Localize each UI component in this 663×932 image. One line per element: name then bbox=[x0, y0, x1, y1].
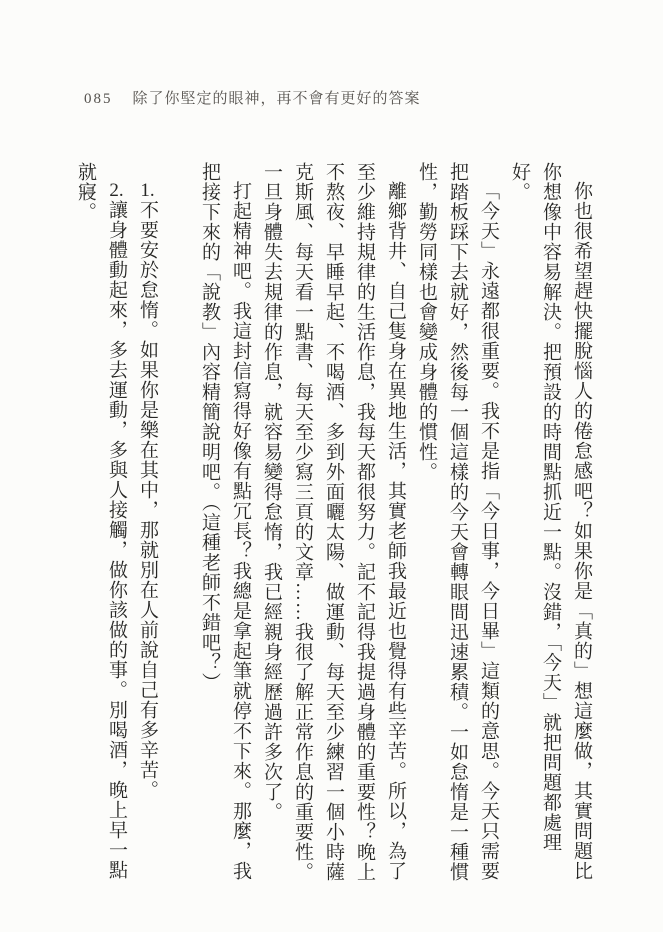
list-item-2: 2.讓身體動起來，多去運動，多與人接觸，做你該做的事。別喝酒，晚上早一點就寢。 bbox=[70, 162, 132, 886]
paragraph-1: 你也很希望趕快擺脫惱人的倦怠感吧？如果你是「真的」想這麼做，其實問題比你想像中容… bbox=[504, 162, 597, 886]
list-item-1-text: 不要安於怠惰。如果你是樂在其中，那就別在人前說自己有多辛苦。 bbox=[137, 200, 158, 800]
paragraph-3: 離鄉背井、自己隻身在異地生活，其實老師我最近也覺得有些辛苦。所以，為了至少維持規… bbox=[256, 162, 411, 886]
list-item-1-number: 1. bbox=[137, 181, 158, 200]
paragraph-4: 打起精神吧。我這封信寫得好像有點冗長？我總是拿起筆就停不下來。那麼，我把接下來的… bbox=[194, 162, 256, 886]
paragraph-2: 「今天」永遠都很重要。我不是指「今日事，今日畢」這類的意思。今天只需要把踏板踩下… bbox=[411, 162, 504, 886]
running-title: 除了你堅定的眼神，再不會有更好的答案 bbox=[133, 91, 421, 107]
book-page: 085除了你堅定的眼神，再不會有更好的答案 你也很希望趕快擺脫惱人的倦怠感吧？如… bbox=[0, 0, 663, 932]
list-item-2-text: 讓身體動起來，多去運動，多與人接觸，做你該做的事。別喝酒，晚上早一點就寢。 bbox=[75, 162, 127, 880]
numbered-list: 1.不要安於怠惰。如果你是樂在其中，那就別在人前說自己有多辛苦。 2.讓身體動起… bbox=[70, 162, 163, 886]
list-item-1: 1.不要安於怠惰。如果你是樂在其中，那就別在人前說自己有多辛苦。 bbox=[132, 162, 163, 886]
body-text: 你也很希望趕快擺脫惱人的倦怠感吧？如果你是「真的」想這麼做，其實問題比你想像中容… bbox=[70, 162, 597, 886]
page-number: 085 bbox=[84, 91, 113, 107]
page-header: 085除了你堅定的眼神，再不會有更好的答案 bbox=[84, 87, 421, 108]
list-item-2-number: 2. bbox=[106, 181, 127, 200]
